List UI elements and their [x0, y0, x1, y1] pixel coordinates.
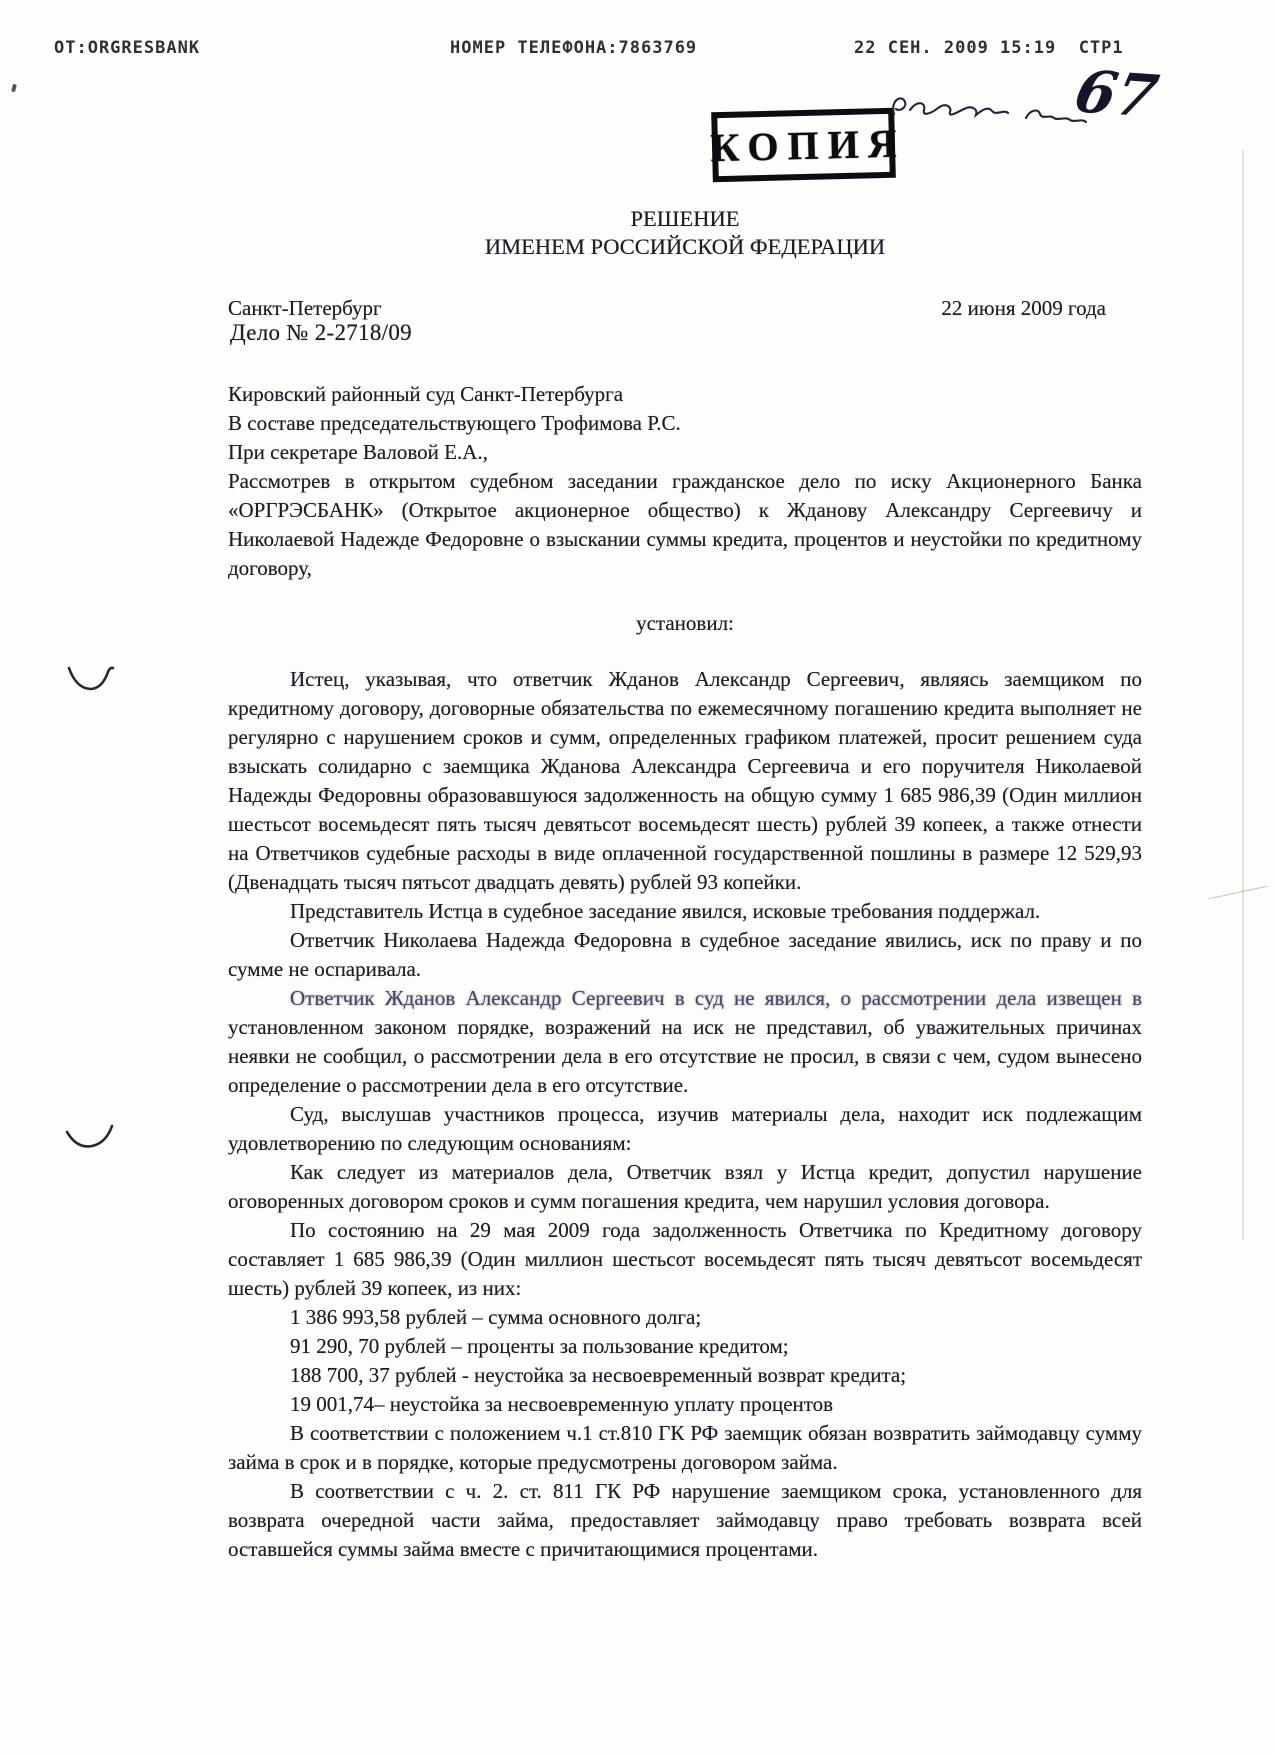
- intro-court: Кировский районный суд Санкт-Петербурга: [228, 380, 1142, 409]
- dateline-city: Санкт-Петербург: [228, 294, 382, 323]
- pen-curve-mark: [66, 660, 116, 700]
- fax-phone-number: НОМЕР ТЕЛЕФОНА:7863769: [450, 38, 697, 58]
- body-paragraph: Ответчик Николаева Надежда Федоровна в с…: [228, 926, 1142, 984]
- dateline: Санкт-Петербург 22 июня 2009 года: [228, 294, 1142, 323]
- body-paragraph: Ответчик Жданов Александр Сергеевич в су…: [228, 984, 1142, 1100]
- paper-edge-curve: [1209, 886, 1268, 899]
- body-paragraph: В соответствии с положением ч.1 ст.810 Г…: [228, 1419, 1142, 1477]
- scan-speck: [11, 84, 17, 93]
- body-paragraph: Как следует из материалов дела, Ответчик…: [228, 1158, 1142, 1216]
- debt-item: 19 001,74– неустойка за несвоевременную …: [228, 1390, 1142, 1419]
- fax-sender: ОТ:ORGRESBANK: [54, 38, 200, 58]
- title-line-1: РЕШЕНИЕ: [228, 205, 1142, 233]
- intro-case-description: Рассмотрев в открытом судебном заседании…: [228, 467, 1142, 583]
- intro-secretary: При секретаре Валовой Е.А.,: [228, 438, 1142, 467]
- intro-block: Кировский районный суд Санкт-Петербурга …: [228, 380, 1142, 583]
- pen-curve-mark: [64, 1118, 118, 1158]
- handwritten-note-squiggle: [886, 92, 1096, 152]
- body-paragraph: Суд, выслушав участников процесса, изучи…: [228, 1100, 1142, 1158]
- ustanovil-heading: установил:: [228, 609, 1142, 638]
- stamp-label: КОПИЯ: [710, 119, 906, 171]
- title-line-2: ИМЕНЕМ РОССИЙСКОЙ ФЕДЕРАЦИИ: [228, 233, 1142, 261]
- fax-datetime-page: 22 СЕН. 2009 15:19 СТР1: [854, 38, 1124, 58]
- kopiya-stamp: КОПИЯ: [711, 108, 896, 182]
- scanned-court-decision-page: ОТ:ORGRESBANK НОМЕР ТЕЛЕФОНА:7863769 22 …: [0, 0, 1275, 1755]
- dateline-date: 22 июня 2009 года: [941, 294, 1142, 323]
- handwritten-page-number: 67: [1069, 58, 1164, 131]
- intro-presiding: В составе председательствующего Трофимов…: [228, 409, 1142, 438]
- body-paragraph: Истец, указывая, что ответчик Жданов Але…: [228, 665, 1142, 897]
- paper-edge-line: [1242, 150, 1244, 1240]
- debt-item: 1 386 993,58 рублей – сумма основного до…: [228, 1303, 1142, 1332]
- document-body: РЕШЕНИЕ ИМЕНЕМ РОССИЙСКОЙ ФЕДЕРАЦИИ Санк…: [228, 200, 1142, 1564]
- debt-item: 188 700, 37 рублей - неустойка за несвое…: [228, 1361, 1142, 1390]
- body-paragraph: В соответствии с ч. 2. ст. 811 ГК РФ нар…: [228, 1477, 1142, 1564]
- document-title: РЕШЕНИЕ ИМЕНЕМ РОССИЙСКОЙ ФЕДЕРАЦИИ: [228, 205, 1142, 261]
- body-paragraph: Представитель Истца в судебное заседание…: [228, 897, 1142, 926]
- body-paragraph: По состоянию на 29 мая 2009 года задолже…: [228, 1216, 1142, 1303]
- debt-item: 91 290, 70 рублей – проценты за пользова…: [228, 1332, 1142, 1361]
